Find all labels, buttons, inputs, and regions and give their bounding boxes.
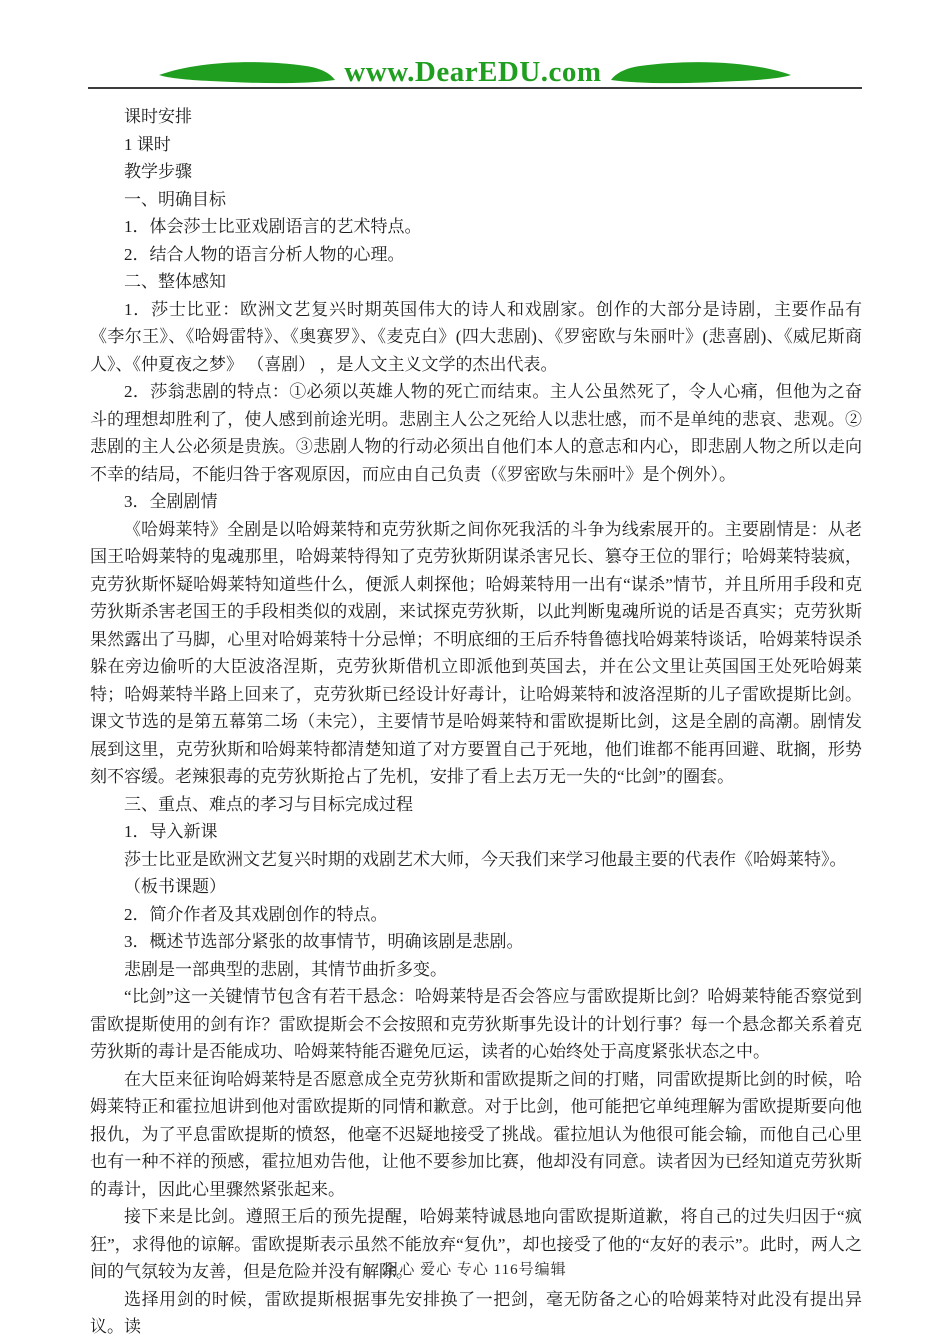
paragraph: 1．莎士比亚：欧洲文艺复兴时期英国伟大的诗人和戏剧家。创作的大部分是诗剧，主要作… — [90, 296, 862, 379]
paragraph: 1．体会莎士比亚戏剧语言的艺术特点。 — [90, 213, 862, 241]
paragraph: 1．导入新课 — [90, 818, 862, 846]
paragraph: 2．简介作者及其戏剧创作的特点。 — [90, 901, 862, 929]
footer-note: 用心 爱心 专心 116号编辑 — [383, 1262, 566, 1278]
paragraph: 《哈姆莱特》全剧是以哈姆莱特和克劳狄斯之间你死我活的斗争为线索展开的。主要剧情是… — [90, 516, 862, 791]
document-page: www.DearEDU.com 课时安排1 课时教学步骤一、明确目标1．体会莎士… — [0, 0, 950, 1344]
paragraph: 课时安排 — [90, 103, 862, 131]
paragraph: 3．全剧剧情 — [90, 488, 862, 516]
paragraph: 2．莎翁悲剧的特点：①必须以英雄人物的死亡而结束。主人公虽然死了，令人心痛，但他… — [90, 378, 862, 488]
page-footer: 用心 爱心 专心 116号编辑 — [0, 1258, 950, 1279]
left-wave-ribbon-icon — [158, 59, 336, 85]
paragraph: （板书课题） — [90, 873, 862, 901]
site-logo[interactable]: www.DearEDU.com — [341, 58, 604, 90]
paragraph: 3．概述节选部分紧张的故事情节，明确该剧是悲剧。 — [90, 928, 862, 956]
paragraph: 1 课时 — [90, 131, 862, 159]
paragraph: 在大臣来征询哈姆莱特是否愿意成全克劳狄斯和雷欧提斯之间的打赌，同雷欧提斯比剑的时… — [90, 1066, 862, 1204]
paragraph: 教学步骤 — [90, 158, 862, 186]
paragraph: 二、整体感知 — [90, 268, 862, 296]
paragraph: 一、明确目标 — [90, 186, 862, 214]
paragraph: 选择用剑的时候，雷欧提斯根据事先安排换了一把剑，毫无防备之心的哈姆莱特对此没有提… — [90, 1286, 862, 1341]
paragraph: 莎士比亚是欧洲文艺复兴时期的戏剧艺术大师，今天我们来学习他最主要的代表作《哈姆莱… — [90, 846, 862, 874]
paragraph: 2．结合人物的语言分析人物的心理。 — [90, 241, 862, 269]
paragraph: “比剑”这一关键情节包含有若干悬念：哈姆莱特是否会答应与雷欧提斯比剑？哈姆莱特能… — [90, 983, 862, 1066]
paragraph: 悲剧是一部典型的悲剧，其情节曲折多变。 — [90, 956, 862, 984]
page-header: www.DearEDU.com — [88, 54, 862, 90]
document-body: 课时安排1 课时教学步骤一、明确目标1．体会莎士比亚戏剧语言的艺术特点。2．结合… — [90, 103, 862, 1341]
logo-row: www.DearEDU.com — [88, 58, 862, 90]
paragraph: 三、重点、难点的孝习与目标完成过程 — [90, 791, 862, 819]
right-wave-ribbon-icon — [610, 59, 792, 85]
